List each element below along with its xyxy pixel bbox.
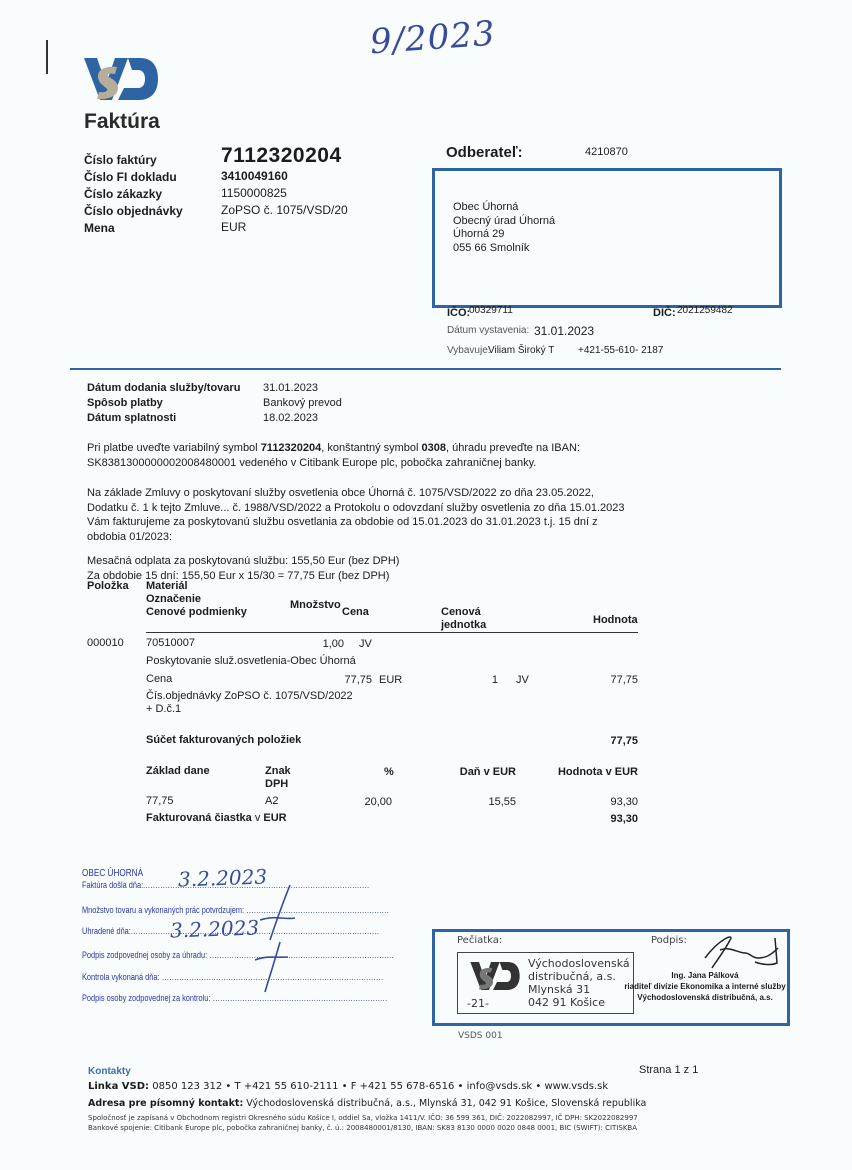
meta-labels: Číslo faktúry Číslo FI dokladu Číslo zák… [84, 152, 183, 237]
paragraph-line: Na základe Zmluvy o poskytovaní služby o… [87, 486, 657, 501]
paragraph-line: Mesačná odplata za poskytovanú službu: 1… [87, 554, 657, 569]
text: , úhradu preveďte na IBAN: [446, 442, 580, 454]
receipt-label: Podpis zodpovednej osoby za úhradu: [82, 950, 207, 960]
stamp-label: Pečiatka: [457, 935, 502, 946]
sum-label: Súčet fakturovaných položiek [146, 734, 301, 746]
iban-line: SK8381300000002008480001 vedeného v Citi… [87, 456, 657, 471]
customer-label: Odberateľ: [446, 144, 523, 161]
signer-role: riaditeľ divízie Ekonomika a interné slu… [620, 981, 790, 992]
receipt-label: Uhradené dňa: [82, 926, 131, 936]
tax-header-percent: % [384, 766, 394, 779]
text: Pri platbe uveďte variabilný symbol [87, 442, 261, 454]
handwritten-signature-icon [240, 880, 300, 995]
payment-method-label: Spôsob platby [87, 396, 240, 411]
meta-values: 7112320204 3410049160 1150000825 ZoPSO č… [221, 144, 348, 236]
receipt-label: Podpis osoby zodpovednej za kontrolu: [82, 993, 210, 1003]
issue-date: 31.01.2023 [534, 324, 594, 338]
handled-by-label: Vybavuje: [447, 345, 491, 356]
due-date: 18.02.2023 [263, 411, 342, 426]
label-fi-document: Číslo FI dokladu [84, 169, 183, 186]
cell-quantity: 1,00 [290, 638, 344, 650]
variable-symbol: 7112320204 [261, 442, 322, 454]
header-unit-price-2: jednotka [441, 619, 486, 632]
cell-price: 77,75 [300, 674, 372, 686]
dic-label: DIČ: [653, 307, 676, 319]
table-header-rule [146, 632, 638, 633]
text: Východoslovenská distribučná, a.s., Mlyn… [243, 1098, 646, 1109]
delivery-date: 31.01.2023 [263, 381, 342, 396]
label-order-number: Číslo objednávky [84, 203, 183, 220]
stamp-line: 042 91 Košice [528, 996, 630, 1009]
stamp-line: Východoslovenská [528, 957, 630, 970]
text: 0850 123 312 • T +421 55 610-2111 • F +4… [149, 1081, 608, 1092]
due-date-label: Dátum splatnosti [87, 411, 240, 426]
tax-cell-tax: 15,55 [440, 796, 516, 808]
invoiced-amount-value: 93,30 [560, 813, 638, 825]
document-title: Faktúra [84, 110, 160, 134]
cell-unit-qty: 1 [470, 674, 498, 686]
handled-by-phone: +421-55-610- 2187 [578, 345, 663, 356]
stamp-text: Východoslovenská distribučná, a.s. Mlyns… [528, 957, 630, 1009]
label-invoice-number: Číslo faktúry [84, 152, 183, 169]
contract-paragraph: Na základe Zmluvy o poskytovaní služby o… [87, 486, 657, 544]
tax-header-total: Hodnota v EUR [540, 766, 638, 779]
cell-order-ref-2: + D.č.1 [146, 703, 181, 715]
cell-price-currency: EUR [379, 674, 402, 686]
page-number: Strana 1 z 1 [639, 1064, 698, 1076]
tax-cell-code: A2 [265, 795, 278, 807]
signer-name: Ing. Jana Pálková [620, 970, 790, 981]
paragraph-line: Vám fakturujeme za poskytovanú službu os… [87, 515, 657, 530]
vsd-logo-icon [84, 58, 158, 100]
payment-method: Bankový prevod [263, 396, 342, 411]
cell-value: 77,75 [560, 674, 638, 686]
payment-instructions: Pri platbe uveďte variabilný symbol 7112… [87, 441, 657, 470]
header-material: Materiál [146, 580, 188, 593]
order-number: ZoPSO č. 1075/VSD/20 [221, 202, 348, 219]
address-line: 055 66 Smolník [453, 242, 555, 256]
contact-line: Linka VSD: 0850 123 312 • T +421 55 610-… [88, 1081, 608, 1092]
fee-calculation: Mesačná odplata za poskytovanú službu: 1… [87, 554, 657, 583]
payment-labels: Dátum dodania služby/tovaru Spôsob platb… [87, 381, 240, 426]
label-currency: Mena [84, 220, 183, 237]
bank-info: Bankové spojenie: Citibank Europe plc, p… [88, 1123, 638, 1133]
text: Adresa pre písomný kontakt: [88, 1098, 243, 1109]
address-line: Úhorná 29 [453, 228, 555, 242]
signature-label: Podpis: [651, 935, 687, 946]
fi-document: 3410049160 [221, 168, 348, 185]
customer-number: 4210870 [585, 146, 628, 158]
receipt-title: OBEC ÚHORNÁ [82, 868, 143, 879]
tax-header-code: Znak [265, 765, 291, 778]
cell-unit: JV [516, 674, 529, 686]
receipt-label: Kontrola vykonaná dňa: [82, 972, 160, 982]
cell-description: Poskytovanie služ.osvetlenia-Obec Úhorná [146, 655, 356, 667]
header-price-conditions: Cenové podmienky [146, 606, 247, 619]
tax-header-base: Základ dane [146, 765, 210, 778]
stamp-line: Mlynská 31 [528, 983, 630, 996]
scan-mark [46, 40, 48, 74]
cell-condition: Cena [146, 673, 172, 685]
form-code: VSDS 001 [458, 1031, 503, 1041]
issue-date-label: Dátum vystavenia: [447, 325, 529, 336]
text: , konštantný symbol [321, 442, 421, 454]
tax-cell-percent: 20,00 [340, 796, 392, 808]
address-line: Obecný úrad Úhorná [453, 215, 555, 229]
cell-item: 000010 [87, 637, 124, 649]
paragraph-line: Dodatku č. 1 k tejto Zmluve... č. 1988/V… [87, 501, 657, 516]
invoiced-amount-label: Fakturovaná čiastka v EUR [146, 812, 287, 824]
tax-cell-total: 93,30 [560, 796, 638, 808]
cell-quantity-unit: JV [359, 638, 372, 650]
header-value: Hodnota [593, 614, 638, 627]
delivery-date-label: Dátum dodania služby/tovaru [87, 381, 240, 396]
customer-address: Obec Úhorná Obecný úrad Úhorná Úhorná 29… [453, 201, 555, 255]
text: EUR [260, 812, 286, 824]
ico-value: 00329711 [469, 305, 513, 316]
address-line: Adresa pre písomný kontakt: Východoslove… [88, 1098, 646, 1109]
text: Linka VSD: [88, 1081, 149, 1092]
tax-header-code-2: DPH [265, 778, 288, 791]
order-job: 1150000825 [221, 185, 348, 202]
header-quantity: Množstvo [290, 599, 341, 612]
paragraph-line: obdobia 01/2023: [87, 530, 657, 545]
contacts-heading: Kontakty [88, 1066, 131, 1077]
receipt-label: Faktúra došla dňa: [82, 880, 143, 890]
section-divider [70, 368, 781, 370]
tax-cell-base: 77,75 [146, 795, 174, 807]
sum-value: 77,75 [560, 735, 638, 747]
cell-material: 70510007 [146, 637, 195, 649]
handwritten-note: 9/2023 [369, 14, 497, 63]
signature-icon [690, 928, 785, 973]
text: Fakturovaná čiastka [146, 812, 255, 824]
legal-info: Spoločnosť je zapísaná v Obchodnom regis… [88, 1113, 638, 1133]
address-line: Obec Úhorná [453, 201, 555, 215]
stamp-number: -21- [467, 997, 489, 1010]
signer-block: Ing. Jana Pálková riaditeľ divízie Ekono… [620, 970, 790, 1003]
cell-order-ref: Čís.objednávky ZoPSO č. 1075/VSD/2022 [146, 690, 353, 702]
stamp-line: distribučná, a.s. [528, 970, 630, 983]
header-item: Položka [87, 580, 129, 593]
payment-values: 31.01.2023 Bankový prevod 18.02.2023 [263, 381, 342, 426]
constant-symbol: 0308 [422, 442, 446, 454]
ico-label: IČO: [447, 307, 470, 319]
label-order-job: Číslo zákazky [84, 186, 183, 203]
dic-value: 2021259482 [677, 305, 733, 316]
tax-header-tax: Daň v EUR [440, 766, 516, 779]
signer-company: Východoslovenská distribučná, a.s. [620, 992, 790, 1003]
header-designation: Označenie [146, 593, 201, 606]
stamp-logo-icon [470, 962, 520, 990]
header-price: Cena [342, 606, 369, 619]
header-unit-price-1: Cenová [441, 606, 481, 619]
registry-info: Spoločnosť je zapísaná v Obchodnom regis… [88, 1113, 638, 1123]
currency: EUR [221, 219, 348, 236]
handled-by: Viliam Široký T [488, 345, 554, 356]
receipt-label: Množstvo tovaru a vykonaných prác potvrd… [82, 905, 244, 915]
invoice-number: 7112320204 [221, 144, 348, 168]
